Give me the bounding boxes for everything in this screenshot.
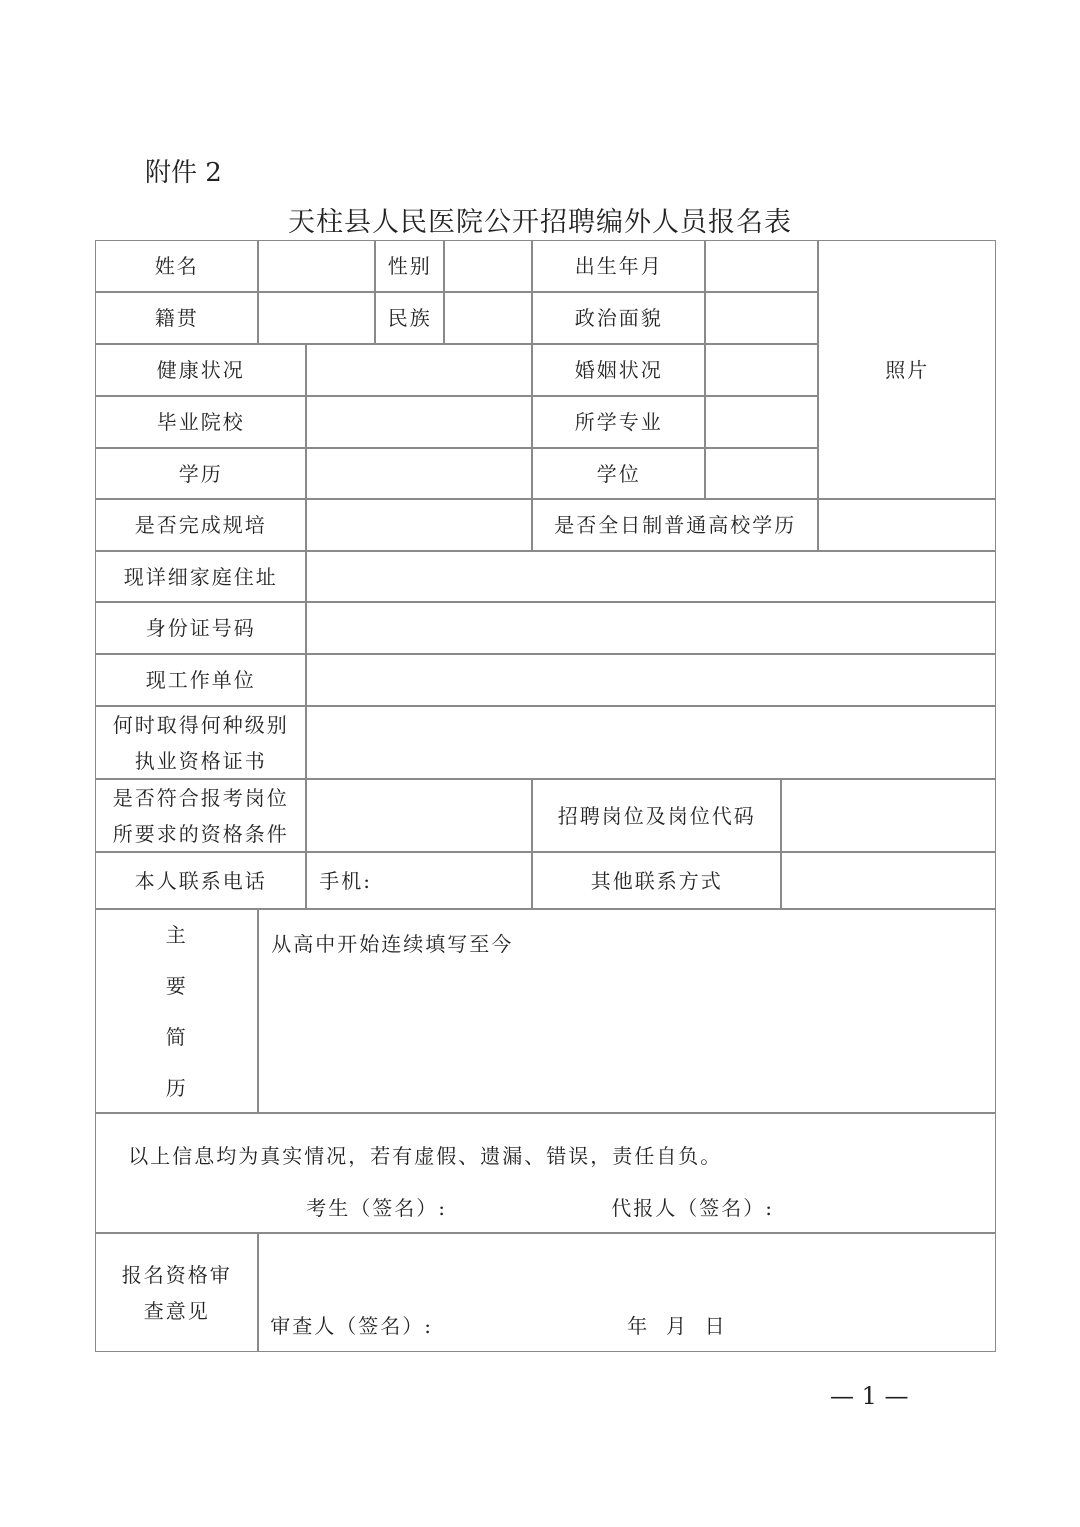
label-other-contact: 其他联系方式: [532, 852, 781, 909]
gender-field[interactable]: [444, 240, 532, 292]
residency-field[interactable]: [306, 499, 532, 551]
resume-char: 历: [166, 1070, 188, 1106]
label-id-number: 身份证号码: [95, 602, 306, 654]
form-title: 天柱县人民医院公开招聘编外人员报名表: [0, 200, 1080, 239]
label-birth: 出生年月: [532, 240, 705, 292]
label-review-line1: 报名资格审: [122, 1257, 232, 1293]
review-field[interactable]: 审查人（签名）: 年 月 日: [258, 1233, 996, 1352]
certificate-field[interactable]: [306, 706, 996, 779]
label-major: 所学专业: [532, 396, 705, 448]
label-name: 姓名: [95, 240, 258, 292]
label-address: 现详细家庭住址: [95, 551, 306, 602]
review-date[interactable]: 年 月 日: [627, 1308, 726, 1344]
agent-signature[interactable]: 代报人（签名）:: [611, 1190, 774, 1226]
ethnicity-field[interactable]: [444, 292, 532, 344]
label-qualify: 是否符合报考岗位 所要求的资格条件: [95, 779, 306, 852]
label-qualify-line2: 所要求的资格条件: [113, 816, 289, 852]
native-place-field[interactable]: [258, 292, 375, 344]
label-qualify-line1: 是否符合报考岗位: [113, 780, 289, 816]
photo-box[interactable]: 照片: [818, 240, 996, 499]
resume-field[interactable]: 从高中开始连续填写至今: [258, 909, 996, 1113]
birth-field[interactable]: [705, 240, 818, 292]
page-number: — 1 —: [830, 1382, 909, 1410]
declaration-text: 以上信息均为真实情况，若有虚假、遗漏、错误，责任自负。: [128, 1138, 722, 1174]
workplace-field[interactable]: [306, 654, 996, 706]
label-certificate-line2: 执业资格证书: [135, 743, 267, 779]
label-review: 报名资格审 查意见: [95, 1233, 258, 1352]
address-field[interactable]: [306, 551, 996, 602]
education-field[interactable]: [306, 448, 532, 499]
other-contact-field[interactable]: [781, 852, 996, 909]
label-workplace: 现工作单位: [95, 654, 306, 706]
label-residency: 是否完成规培: [95, 499, 306, 551]
candidate-signature[interactable]: 考生（签名）:: [306, 1190, 447, 1226]
health-field[interactable]: [306, 344, 532, 396]
label-school: 毕业院校: [95, 396, 306, 448]
reviewer-signature[interactable]: 审查人（签名）:: [270, 1308, 433, 1344]
fulltime-field[interactable]: [818, 499, 996, 551]
mobile-label: 手机:: [319, 863, 372, 899]
marital-field[interactable]: [705, 344, 818, 396]
label-certificate-line1: 何时取得何种级别: [113, 707, 289, 743]
resume-char: 要: [166, 968, 188, 1004]
mobile-field[interactable]: 手机:: [306, 852, 532, 909]
label-fulltime: 是否全日制普通高校学历: [532, 499, 818, 551]
label-resume: 主 要 简 历: [95, 909, 258, 1113]
label-marital: 婚姻状况: [532, 344, 705, 396]
attachment-label: 附件 2: [145, 152, 222, 189]
label-review-line2: 查意见: [144, 1293, 210, 1329]
degree-field[interactable]: [705, 448, 818, 499]
label-position-code: 招聘岗位及岗位代码: [532, 779, 781, 852]
label-certificate: 何时取得何种级别 执业资格证书: [95, 706, 306, 779]
resume-hint: 从高中开始连续填写至今: [271, 926, 513, 962]
school-field[interactable]: [306, 396, 532, 448]
qualify-field[interactable]: [306, 779, 532, 852]
label-degree: 学位: [532, 448, 705, 499]
label-ethnicity: 民族: [375, 292, 444, 344]
position-code-field[interactable]: [781, 779, 996, 852]
label-native-place: 籍贯: [95, 292, 258, 344]
political-status-field[interactable]: [705, 292, 818, 344]
resume-char: 简: [166, 1019, 188, 1055]
label-political-status: 政治面貌: [532, 292, 705, 344]
label-education: 学历: [95, 448, 306, 499]
label-phone: 本人联系电话: [95, 852, 306, 909]
name-field[interactable]: [258, 240, 375, 292]
id-number-field[interactable]: [306, 602, 996, 654]
label-gender: 性别: [375, 240, 444, 292]
declaration-cell: 以上信息均为真实情况，若有虚假、遗漏、错误，责任自负。 考生（签名）: 代报人（…: [95, 1113, 996, 1233]
major-field[interactable]: [705, 396, 818, 448]
resume-char: 主: [166, 917, 188, 953]
label-health: 健康状况: [95, 344, 306, 396]
